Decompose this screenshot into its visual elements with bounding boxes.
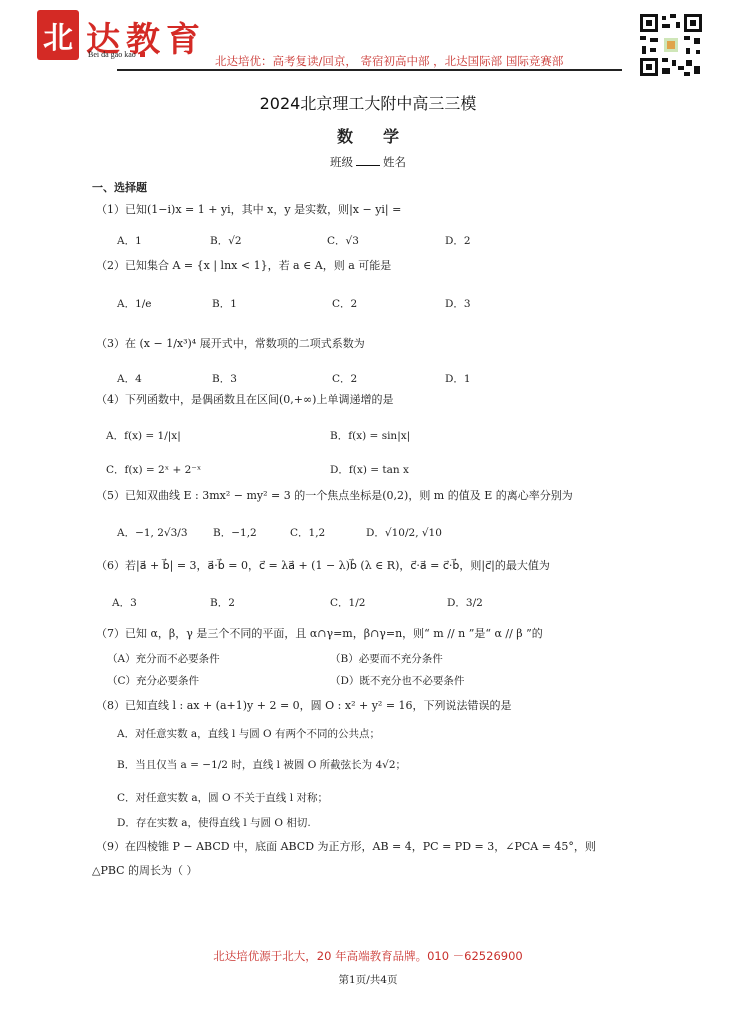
class-name-line: 班级姓名 bbox=[0, 154, 736, 170]
q2-option-d[interactable]: D．3 bbox=[445, 296, 471, 311]
q6-option-a[interactable]: A．3 bbox=[112, 595, 137, 610]
class-label: 班级 bbox=[330, 155, 353, 169]
q3-option-b[interactable]: B．3 bbox=[212, 371, 237, 386]
q2-option-a[interactable]: A．1/e bbox=[117, 296, 152, 311]
footer-advertisement: 北达培优源于北大，20 年高端教育品牌。010 －62526900 bbox=[0, 948, 736, 964]
question-stem: 已知集合 A = {x | lnx < 1}，若 a ∈ A，则 a 可能是 bbox=[125, 259, 391, 272]
name-label: 姓名 bbox=[383, 155, 406, 169]
question-number: （7） bbox=[96, 627, 125, 640]
question-number: （1） bbox=[96, 203, 125, 216]
question-number: （8） bbox=[96, 699, 125, 712]
q1-option-c[interactable]: C．√3 bbox=[327, 233, 359, 248]
question-stem: 在 (x − 1/x³)⁴ 展开式中，常数项的二项式系数为 bbox=[125, 337, 365, 350]
exam-subject: 数学 bbox=[0, 124, 736, 147]
q3-option-d[interactable]: D．1 bbox=[445, 371, 471, 386]
qr-code-icon bbox=[638, 12, 704, 78]
q8-option-b[interactable]: B．当且仅当 a = −1/2 时，直线 l 被圆 O 所截弦长为 4√2； bbox=[117, 757, 406, 772]
q6-option-b[interactable]: B．2 bbox=[210, 595, 235, 610]
page-number: 第1页/共4页 bbox=[0, 972, 736, 987]
q1-option-b[interactable]: B．√2 bbox=[210, 233, 242, 248]
question-4: （4）下列函数中，是偶函数且在区间(0,+∞)上单调递增的是 bbox=[96, 393, 393, 407]
q1-option-d[interactable]: D．2 bbox=[445, 233, 471, 248]
question-1: （1）已知(1−i)x = 1 + yi，其中 x，y 是实数，则|x − yi… bbox=[96, 203, 401, 217]
q3-option-a[interactable]: A．4 bbox=[117, 371, 142, 386]
question-number: （6） bbox=[96, 559, 125, 572]
question-8: （8）已知直线 l : ax + (a+1)y + 2 = 0，圆 O : x²… bbox=[96, 699, 512, 713]
q4-option-a[interactable]: A．f(x) = 1/|x| bbox=[106, 428, 181, 443]
question-number: （9） bbox=[96, 840, 125, 853]
q8-option-d[interactable]: D．存在实数 a，使得直线 l 与圆 O 相切. bbox=[117, 815, 311, 830]
q4-option-d[interactable]: D．f(x) = tan x bbox=[330, 462, 409, 477]
question-3: （3）在 (x − 1/x³)⁴ 展开式中，常数项的二项式系数为 bbox=[96, 337, 365, 351]
logo-square-icon bbox=[140, 52, 145, 57]
q2-option-c[interactable]: C．2 bbox=[332, 296, 357, 311]
q3-option-c[interactable]: C．2 bbox=[332, 371, 357, 386]
q2-option-b[interactable]: B．1 bbox=[212, 296, 237, 311]
q5-option-c[interactable]: C．1,2 bbox=[290, 525, 325, 540]
question-stem: 已知 α，β，γ 是三个不同的平面，且 α∩γ=m，β∩γ=n，则“ m // … bbox=[125, 627, 543, 640]
question-stem: 已知(1−i)x = 1 + yi，其中 x，y 是实数，则|x − yi| = bbox=[125, 203, 401, 216]
section-heading: 一、选择题 bbox=[92, 179, 147, 195]
question-stem: 若|a⃗ + b⃗| = 3，a⃗·b⃗ = 0，c⃗ = λa⃗ + (1 −… bbox=[125, 559, 550, 572]
question-2: （2）已知集合 A = {x | lnx < 1}，若 a ∈ A，则 a 可能… bbox=[96, 259, 391, 273]
exam-title: 2024北京理工大附中高三三模 bbox=[0, 91, 736, 114]
question-6: （6）若|a⃗ + b⃗| = 3，a⃗·b⃗ = 0，c⃗ = λa⃗ + (… bbox=[96, 559, 550, 573]
q7-option-d[interactable]: （D）既不充分也不必要条件 bbox=[330, 673, 464, 688]
logo-subtitle: Bei da gao kao bbox=[88, 50, 145, 59]
q8-option-a[interactable]: A．对任意实数 a，直线 l 与圆 O 有两个不同的公共点； bbox=[117, 726, 380, 741]
q4-option-b[interactable]: B．f(x) = sin|x| bbox=[330, 428, 410, 443]
question-number: （3） bbox=[96, 337, 125, 350]
q5-option-d[interactable]: D．√10/2, √10 bbox=[366, 525, 442, 540]
question-5: （5）已知双曲线 E : 3mx² − my² = 3 的一个焦点坐标是(0,2… bbox=[96, 489, 573, 503]
header-slogan: 北达培优：高考复读/回京， 寄宿初高中部 ，北达国际部 国际竞赛部 bbox=[215, 53, 563, 69]
header-divider bbox=[117, 69, 622, 71]
question-number: （4） bbox=[96, 393, 125, 406]
q1-option-a[interactable]: A．1 bbox=[117, 233, 142, 248]
question-number: （2） bbox=[96, 259, 125, 272]
q7-option-a[interactable]: （A）充分而不必要条件 bbox=[107, 651, 220, 666]
question-9-continued: △PBC 的周长为（ ） bbox=[92, 864, 198, 878]
q5-option-b[interactable]: B．−1,2 bbox=[213, 525, 257, 540]
question-9: （9）在四棱锥 P − ABCD 中，底面 ABCD 为正方形，AB = 4，P… bbox=[96, 840, 596, 854]
q7-option-c[interactable]: （C）充分必要条件 bbox=[107, 673, 199, 688]
class-blank[interactable] bbox=[356, 165, 380, 166]
q8-option-c[interactable]: C．对任意实数 a，圆 O 不关于直线 l 对称； bbox=[117, 790, 328, 805]
q7-option-b[interactable]: （B）必要而不充分条件 bbox=[330, 651, 443, 666]
question-stem: 已知双曲线 E : 3mx² − my² = 3 的一个焦点坐标是(0,2)，则… bbox=[125, 489, 573, 502]
question-number: （5） bbox=[96, 489, 125, 502]
q6-option-d[interactable]: D．3/2 bbox=[447, 595, 483, 610]
logo-mark: 北 bbox=[37, 10, 79, 60]
q6-option-c[interactable]: C．1/2 bbox=[330, 595, 365, 610]
question-stem: 下列函数中，是偶函数且在区间(0,+∞)上单调递增的是 bbox=[125, 393, 393, 406]
q4-option-c[interactable]: C．f(x) = 2ˣ + 2⁻ˣ bbox=[106, 462, 201, 477]
logo-subtitle-text: Bei da gao kao bbox=[88, 50, 136, 59]
q5-option-a[interactable]: A．−1, 2√3/3 bbox=[117, 525, 188, 540]
question-stem: 已知直线 l : ax + (a+1)y + 2 = 0，圆 O : x² + … bbox=[125, 699, 512, 712]
question-stem: 在四棱锥 P − ABCD 中，底面 ABCD 为正方形，AB = 4，PC =… bbox=[125, 840, 596, 853]
question-7: （7）已知 α，β，γ 是三个不同的平面，且 α∩γ=m，β∩γ=n，则“ m … bbox=[96, 627, 543, 641]
